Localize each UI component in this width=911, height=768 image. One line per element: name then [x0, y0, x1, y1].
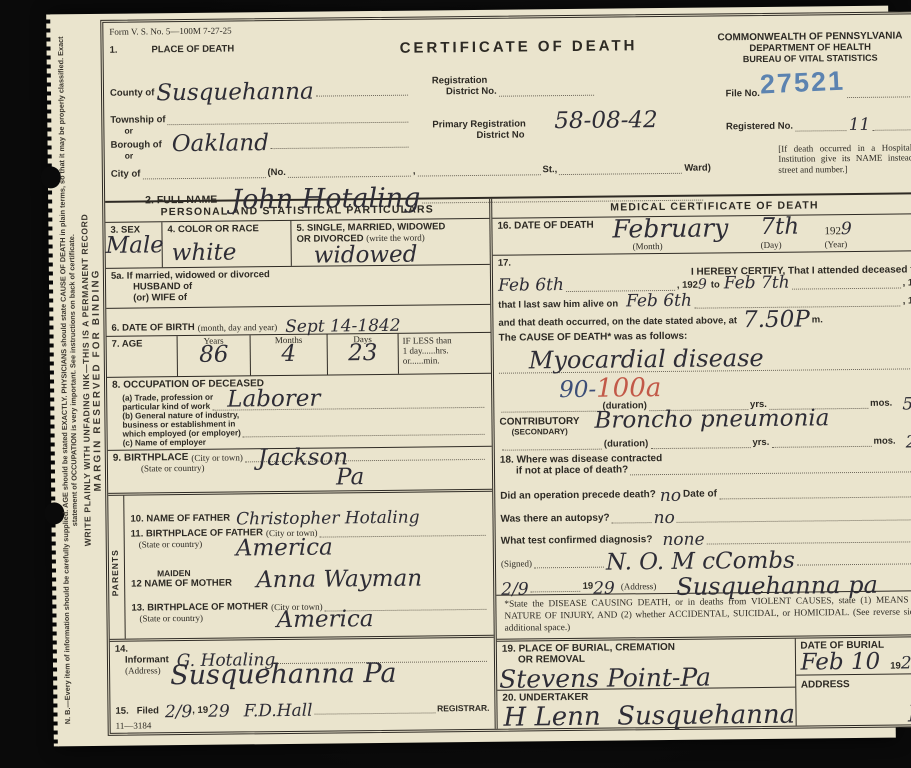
blank-line [559, 169, 682, 175]
from-year-script: 9 [698, 280, 707, 291]
cause-of-death-block: The CAUSE OF DEATH* was as follows: Myoc… [494, 326, 911, 415]
primary-reg-value: 58-08-42 [554, 111, 658, 130]
blank-line [288, 172, 411, 178]
county-value: Susquehanna [156, 83, 314, 103]
undertaker-value: H Lenn Susquehanna [503, 705, 795, 729]
dob-row: 6. DATE OF BIRTH (month, day and year) S… [106, 305, 490, 338]
certificate-paper: N. B.—Every item of information should b… [50, 6, 896, 747]
hospital-note: [If death occurred in a Hospital or Inst… [778, 142, 911, 175]
contributory-value: Broncho pneumonia [594, 409, 829, 430]
age-months-cell: Months 4 [250, 335, 327, 376]
father-bp-value: America [236, 539, 333, 558]
mother-row: MAIDEN 12 NAME OF MOTHER Anna Wayman [126, 563, 493, 601]
death-occurred-label: and that death occurred, on the date sta… [498, 315, 737, 328]
certify-block: 17. I HEREBY CERTIFY, That I attended de… [493, 251, 911, 331]
father-row: 10. NAME OF FATHER Christopher Hotaling [125, 492, 492, 527]
form-number: Form V. S. No. 5—100M 7-27-25 [109, 26, 231, 37]
birthplace-row: 9. BIRTHPLACE (City or town) (State or c… [108, 447, 492, 496]
blank-line [797, 560, 911, 566]
file-no-stamp: 27521 [759, 66, 845, 101]
cause-annotation: 90-100a [559, 376, 911, 401]
township-block: Township of or Borough of Oakland or [110, 112, 410, 162]
place-of-death-heading: 1. PLACE OF DEATH [110, 43, 235, 55]
attended-to-value: Feb 7th [724, 276, 790, 290]
birthplace-city-note: (City or town) [191, 453, 243, 464]
marital-value: widowed [314, 246, 418, 265]
mos-label-1: mos. [870, 398, 892, 409]
blank-line [707, 537, 911, 544]
operation-label: Did an operation precede death? [500, 490, 656, 503]
informant-address-value: Susquehanna Pa [170, 663, 397, 687]
death-occurred-line: and that death occurred, on the date sta… [498, 309, 911, 329]
father-birthplace-row: 11. BIRTHPLACE OF FATHER (City or town) … [126, 523, 493, 567]
registered-no-value: 11 [849, 119, 871, 133]
file-no-label: File No. [726, 88, 760, 99]
blank-line [677, 515, 911, 523]
filed-label: Filed [137, 705, 159, 716]
filed-19: , 19 [192, 705, 208, 716]
autopsy-label: Was there an autopsy? [500, 512, 609, 524]
occupation-value: Laborer [227, 390, 320, 409]
parents-band: PARENTS [108, 496, 125, 639]
contributory-duration-months: 2 [906, 436, 911, 450]
dob-label: 6. DATE OF BIRTH [111, 322, 194, 334]
mother-bp-label: 13. BIRTHPLACE OF MOTHER [131, 601, 268, 613]
county-label: County of [110, 88, 154, 99]
file-no-row: File No. 27521 [725, 66, 911, 99]
certificate-title: CERTIFICATE OF DEATH [353, 37, 683, 57]
form-header: Form V. S. No. 5—100M 7-27-25 1. PLACE O… [103, 14, 911, 201]
burial-section: 19. PLACE OF BURIAL, CREMATION OR REMOVA… [497, 637, 911, 728]
occupation-row: 8. OCCUPATION OF DECEASED (a) Trade, pro… [107, 374, 492, 451]
informant-label: Informant [125, 654, 169, 665]
age-days-value: 23 [328, 344, 398, 363]
dod-month-value: February [612, 218, 728, 239]
personal-column: PERSONAL AND STATISTICAL PARTICULARS 3. … [105, 199, 498, 733]
dod-year: 1929 [824, 223, 851, 237]
blank-line [872, 125, 911, 131]
dod-year-script: 9 [841, 219, 852, 239]
test-label: What test confirmed diagnosis? [501, 534, 653, 547]
township-label: Township of [110, 114, 165, 126]
race-value: white [172, 243, 237, 262]
city-ward-label: Ward) [684, 162, 711, 173]
burial-19: 19 [890, 660, 901, 671]
if-less-cell: IF LESS than 1 day......hrs. or......min… [398, 333, 491, 374]
death-time-value: 7.50P [743, 310, 810, 329]
informant-row: 14. Informant G. Hotaling (Address) Susq… [110, 638, 494, 691]
printed-192-c: , 192 [903, 295, 911, 306]
age-row: 7. AGE Years 86 Months 4 Days 23 [107, 333, 491, 378]
registered-no-label: Registered No. [726, 120, 793, 132]
dod-year-printed: 192 [824, 225, 841, 237]
blank-line [534, 563, 604, 569]
primary-reg-label-2: District No [476, 129, 526, 141]
registrar-label: REGISTRAR. [437, 703, 490, 714]
attended-from-value: Feb 6th [498, 279, 564, 293]
age-years-cell: Years 86 [177, 336, 250, 377]
full-name-label: 2. FULL NAME [145, 193, 217, 206]
contributory-duration-line: (duration) yrs. mos. 2 ds. [500, 435, 911, 451]
age-label: 7. AGE [112, 339, 143, 350]
blank-line [502, 445, 602, 451]
signed-19: 19 [583, 581, 594, 592]
where-contracted-block: 18. Where was disease contracted if not … [495, 448, 911, 482]
blank-line [315, 708, 436, 714]
parents-block: PARENTS 10. NAME OF FATHER Christopher H… [108, 492, 494, 642]
age-years-value: 86 [178, 346, 250, 365]
place-of-death-label: PLACE OF DEATH [151, 43, 234, 55]
blank-line [630, 467, 911, 475]
last-saw-line: that I last saw him alive on Feb 6th , 1… [498, 292, 911, 310]
attended-dates-line: Feb 6th , 192 9 to Feb 7th , 192 9 [498, 275, 911, 293]
blank-line [847, 92, 911, 98]
medical-column: MEDICAL CERTIFICATE OF DEATH 16. DATE OF… [492, 194, 911, 729]
dob-value: Sept 14-1842 [285, 319, 401, 334]
to-label: to [711, 280, 720, 291]
sex-race-marital-row: 3. SEX 4. COLOR OR RACE 5. SINGLE, MARRI… [105, 219, 489, 269]
undertaker-name: H Lenn [503, 702, 600, 733]
husband-wife-row: 5a. If married, widowed or divorced HUSB… [106, 265, 490, 308]
registered-no-row: Registered No. 11 [726, 118, 911, 132]
age-label-cell: 7. AGE [107, 336, 177, 377]
parents-label: PARENTS [110, 540, 121, 604]
burial-date-value: Feb 10 [800, 653, 880, 672]
item18-line2: if not at place of death? [516, 465, 628, 477]
blank-line [771, 442, 871, 448]
duration-note-2: (duration) [604, 438, 648, 449]
birthplace-state-value: Pa [336, 468, 364, 487]
blank-line [142, 173, 265, 179]
sex-value: Male [106, 236, 164, 255]
signed-address-note: (Address) [621, 581, 657, 591]
blank-line [650, 443, 750, 449]
birthplace-value: Jackson [258, 448, 348, 467]
registration-label-2: District No. [446, 86, 497, 98]
signed-note: (Signed) [501, 559, 532, 569]
agency-block: COMMONWEALTH OF PENNSYLVANIA DEPARTMENT … [691, 30, 911, 64]
city-no-label: (No. [267, 167, 286, 178]
month-note: (Month) [633, 241, 663, 251]
burial-year-value: 29 [901, 657, 911, 671]
registration-district: Registration District No. [432, 74, 596, 98]
race-label: 4. COLOR OR RACE [167, 223, 258, 235]
dob-note: (month, day and year) [198, 322, 278, 333]
form-code: 11—3184 [111, 715, 495, 733]
date-of-label: Date of [683, 489, 717, 500]
binding-margin: N. B.—Every item of information should b… [50, 14, 108, 746]
blank-line [795, 126, 847, 132]
cause-label: The CAUSE OF DEATH* was as follows: [499, 328, 911, 344]
printed-192-b: , 192 [902, 278, 911, 289]
if-less-line3: or......min. [403, 355, 487, 366]
undertaker-town: Susquehanna [617, 700, 795, 732]
cause-footnote: *State the DISEASE CAUSING DEATH, or in … [496, 591, 911, 641]
registration-label-2-row: District No. [446, 85, 596, 98]
age-months-value: 4 [251, 345, 327, 364]
borough-row: Borough of Oakland [110, 133, 410, 152]
last-saw-label: that I last saw him alive on [498, 298, 618, 310]
city-label: City of [111, 168, 141, 179]
burial-date-cell: DATE OF BURIAL Feb 10 19 29 ADDRESS Pa [795, 637, 911, 725]
blank-line [501, 407, 600, 413]
blank-line [531, 587, 581, 593]
undertaker-address-label: ADDRESS [796, 676, 911, 693]
photographed-death-certificate: N. B.—Every item of information should b… [0, 0, 911, 768]
father-label: 10. NAME OF FATHER [130, 513, 230, 525]
day-note: (Day) [761, 240, 782, 250]
burial-date-line: Feb 10 19 29 [795, 652, 911, 672]
borough-value: Oakland [172, 134, 269, 153]
item1-number: 1. [110, 45, 118, 56]
city-row: City of (No. , St., Ward) [111, 162, 711, 179]
blank-line [719, 493, 911, 500]
mother-value: Anna Wayman [256, 570, 422, 590]
date-of-death-row: 16. DATE OF DEATH February 7th 1929 (Mon… [492, 214, 911, 255]
primary-registration: Primary Registration 58-08-42 District N… [432, 118, 526, 141]
full-name-value: John Hotaling [231, 188, 420, 212]
mos-label-2: mos. [873, 436, 895, 447]
birthplace-label: 9. BIRTHPLACE [113, 452, 189, 464]
item5a-line3: (or) WIFE of [133, 289, 485, 304]
filed-row: 15. Filed 2/9 , 19 29 F.D.Hall REGISTRAR… [110, 687, 494, 719]
blank-line [792, 284, 901, 290]
mother-bp-value: America [276, 610, 373, 629]
agency-line3: BUREAU OF VITAL STATISTICS [691, 52, 911, 64]
yrs-label-2: yrs. [752, 437, 769, 448]
contributory-label: CONTRIBUTORY [499, 416, 579, 428]
contributory-block: CONTRIBUTORY Broncho pneumonia (SECONDAR… [494, 410, 911, 453]
city-st-label: St., [542, 164, 557, 175]
m-label: m. [812, 315, 823, 326]
dod-label: 16. DATE OF DEATH [497, 220, 593, 232]
blank-line [499, 91, 594, 97]
burial-place-cell: 19. PLACE OF BURIAL, CREMATION OR REMOVA… [497, 639, 796, 729]
cause-annotation-blue: 90- [559, 377, 596, 403]
age-days-cell: Days 23 [327, 334, 398, 375]
blank-line [612, 518, 652, 523]
mother-birthplace-row: 13. BIRTHPLACE OF MOTHER (City or town) … [126, 597, 493, 639]
year-note: (Year) [825, 239, 848, 249]
borough-label: Borough of [111, 140, 162, 152]
blank-line [418, 170, 541, 176]
undertaker-address-tail: Pa [796, 705, 911, 725]
item15-number: 15. [115, 706, 128, 717]
certificate-form: Form V. S. No. 5—100M 7-27-25 1. PLACE O… [100, 11, 911, 736]
county-row: County of Susquehanna [110, 82, 410, 100]
printed-192-a: , 192 [677, 280, 698, 291]
blank-line [316, 91, 408, 97]
main-columns: PERSONAL AND STATISTICAL PARTICULARS 3. … [105, 192, 911, 733]
last-saw-value: Feb 6th [626, 295, 692, 309]
dod-day-value: 7th [760, 218, 799, 237]
city-comma: , [413, 166, 416, 177]
